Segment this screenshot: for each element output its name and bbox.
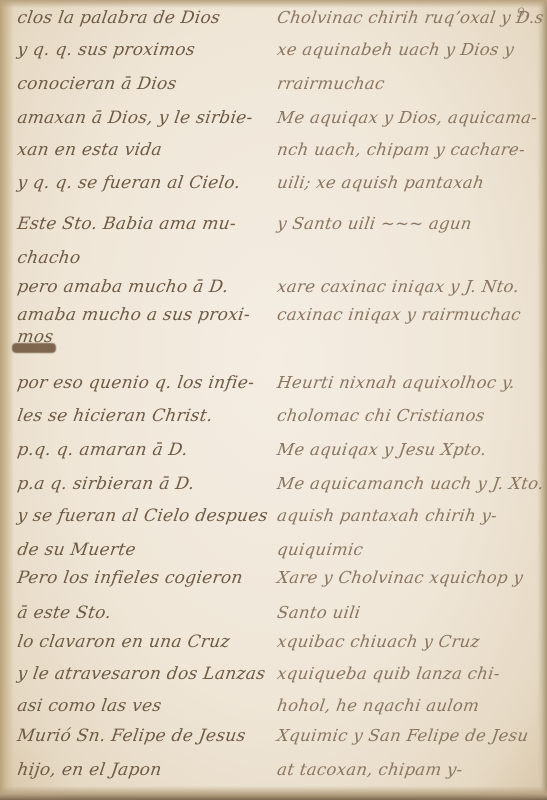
kaqchikel-text-line: xquibac chiuach y Cruz [276, 632, 481, 651]
kaqchikel-text-line: Me aquiqax y Dios, aquicama- [276, 108, 539, 127]
kaqchikel-text-line: hohol, he nqachi aulom [276, 696, 481, 715]
spanish-text-line: amaba mucho a sus proxi- [16, 305, 251, 325]
spanish-text-line: Murió Sn. Felipe de Jesus [16, 726, 247, 746]
spanish-text-line: hijo, en el Japon [16, 760, 163, 780]
spanish-text-line: Pero los infieles cogieron [16, 568, 244, 588]
kaqchikel-text-line: rrairmuchac [276, 74, 386, 93]
kaqchikel-text-line: Cholvinac chirih ruqʼoxal y D.s [276, 8, 545, 27]
page-right-edge [537, 0, 547, 800]
spanish-text-line: p.q. q. amaran ā D. [16, 440, 189, 460]
spanish-text-line: chacho [16, 248, 82, 268]
page-top-edge [0, 0, 547, 8]
spanish-text-line: xan en esta vida [16, 140, 163, 160]
spanish-text-line: conocieran ā Dios [16, 74, 178, 94]
kaqchikel-text-line: caxinac iniqax y rairmuchac [276, 305, 522, 324]
spanish-text-line: mos [16, 327, 55, 347]
spanish-text-line: y q. q. se fueran al Cielo. [16, 173, 242, 193]
kaqchikel-text-line: nch uach, chipam y cachare- [276, 140, 526, 159]
spanish-text-line: ā este Sto. [16, 603, 113, 623]
spanish-text-line: lo clavaron en una Cruz [16, 632, 231, 652]
spanish-text-line: clos la palabra de Dios [16, 8, 222, 28]
spanish-text-line: les se hicieran Christ. [16, 406, 214, 426]
kaqchikel-text-line: Me aquicamanch uach y J. Xto. [276, 474, 545, 493]
spanish-text-line: amaxan ā Dios, y le sirbie- [16, 108, 254, 128]
kaqchikel-text-line: at tacoxan, chipam y- [276, 760, 464, 779]
kaqchikel-text-line: aquish pantaxah chirih y- [276, 506, 498, 525]
kaqchikel-text-line: Heurti nixnah aquixolhoc y. [276, 373, 516, 392]
kaqchikel-text-line: Me aquiqax y Jesu Xpto. [276, 440, 488, 459]
kaqchikel-text-line: cholomac chi Cristianos [276, 406, 486, 425]
kaqchikel-text-line: xare caxinac iniqax y J. Nto. [276, 277, 520, 296]
page-left-edge [0, 0, 14, 800]
spanish-text-line: pero amaba mucho ā D. [16, 277, 230, 297]
spanish-text-line: asi como las ves [16, 696, 163, 716]
spanish-text-line: de su Muerte [16, 540, 137, 560]
kaqchikel-text-line: Xare y Cholvinac xquichop y [276, 568, 525, 587]
kaqchikel-text-line: xquiqueba quib lanza chi- [276, 664, 501, 683]
kaqchikel-text-line: y Santo uili ~~~ agun [276, 214, 473, 233]
spanish-text-line: por eso quenio q. los infie- [16, 373, 256, 393]
spanish-text-line: p.a q. sirbieran ā D. [16, 474, 196, 494]
spanish-text-line: y se fueran al Cielo despues [16, 506, 269, 526]
kaqchikel-text-line: Santo uili [276, 603, 362, 622]
kaqchikel-text-line: Xquimic y San Felipe de Jesu [276, 726, 530, 745]
manuscript-page: 9. clos la palabra de Diosy q. q. sus pr… [0, 0, 547, 800]
spanish-text-line: Este Sto. Babia ama mu- [16, 214, 237, 234]
kaqchikel-text-line: quiquimic [276, 540, 364, 559]
spanish-text-line: y q. q. sus proximos [16, 40, 196, 60]
page-bottom-edge [0, 786, 547, 800]
spanish-text-line: y le atravesaron dos Lanzas [16, 664, 267, 684]
kaqchikel-text-line: xe aquinabeh uach y Dios y [276, 40, 515, 59]
kaqchikel-text-line: uili; xe aquish pantaxah [276, 173, 485, 192]
